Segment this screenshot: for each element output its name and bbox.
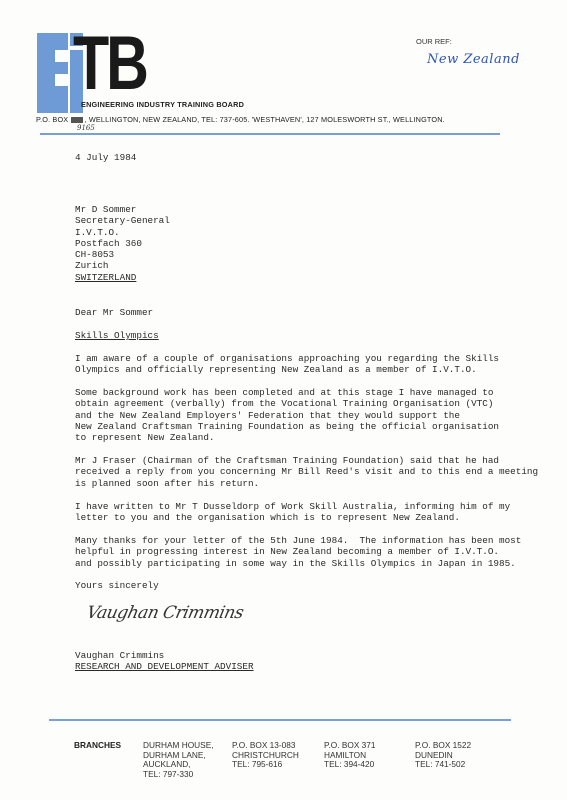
subject-line: Skills Olympics xyxy=(75,330,159,341)
our-ref-label: OUR REF: xyxy=(416,37,452,46)
address-suffix: , WELLINGTON, NEW ZEALAND, TEL: 737-605.… xyxy=(84,115,444,124)
recipient-line: Postfach 360 xyxy=(75,238,170,249)
body-paragraph: I have written to Mr T Dusseldorp of Wor… xyxy=(75,501,510,524)
handwritten-signature: Vaughan Crimmins xyxy=(85,603,245,623)
header-divider xyxy=(40,133,500,135)
body-paragraph: Many thanks for your letter of the 5th J… xyxy=(75,535,521,569)
redacted-pobox xyxy=(71,117,83,123)
handwritten-pobox: 9165 xyxy=(77,124,95,132)
logo-letter-e xyxy=(37,33,68,113)
branch-dunedin: P.O. BOX 1522 DUNEDIN TEL: 741-502 xyxy=(415,741,471,770)
logo-shape xyxy=(55,50,68,62)
body-paragraph: I am aware of a couple of organisations … xyxy=(75,353,499,376)
signer-name: Vaughan Crimmins xyxy=(75,650,254,661)
recipient-line: CH-8053 xyxy=(75,249,170,260)
address-prefix: P.O. BOX xyxy=(36,115,68,124)
logo-text: TB xyxy=(73,26,146,102)
recipient-address: Mr D SommerSecretary-GeneralI.V.T.O.Post… xyxy=(75,204,170,283)
logo-shape xyxy=(55,74,68,86)
recipient-line: I.V.T.O. xyxy=(75,227,170,238)
body-paragraph: Mr J Fraser (Chairman of the Craftsman T… xyxy=(75,455,538,489)
salutation: Dear Mr Sommer xyxy=(75,307,153,318)
signer-title: RESEARCH AND DEVELOPMENT ADVISER xyxy=(75,661,254,672)
recipient-line: Zurich xyxy=(75,260,170,271)
branch-hamilton: P.O. BOX 371 HAMILTON TEL: 394-420 xyxy=(324,741,376,770)
closing: Yours sincerely xyxy=(75,580,159,591)
recipient-country: SWITZERLAND xyxy=(75,272,170,283)
body-paragraph: Some background work has been completed … xyxy=(75,387,499,443)
recipient-line: Secretary-General xyxy=(75,215,170,226)
branch-auckland: DURHAM HOUSE, DURHAM LANE, AUCKLAND, TEL… xyxy=(143,741,214,779)
branches-label: BRANCHES xyxy=(74,741,121,751)
branch-christchurch: P.O. BOX 13-083 CHRISTCHURCH TEL: 795-61… xyxy=(232,741,299,770)
our-ref-handwritten: New Zealand xyxy=(427,52,520,67)
signer-block: Vaughan CrimminsRESEARCH AND DEVELOPMENT… xyxy=(75,650,254,673)
recipient-line: Mr D Sommer xyxy=(75,204,170,215)
organisation-name: ENGINEERING INDUSTRY TRAINING BOARD xyxy=(81,100,244,109)
letter-date: 4 July 1984 xyxy=(75,152,136,163)
letterhead-address: P.O. BOX , WELLINGTON, NEW ZEALAND, TEL:… xyxy=(36,115,445,124)
footer-divider xyxy=(49,719,511,721)
